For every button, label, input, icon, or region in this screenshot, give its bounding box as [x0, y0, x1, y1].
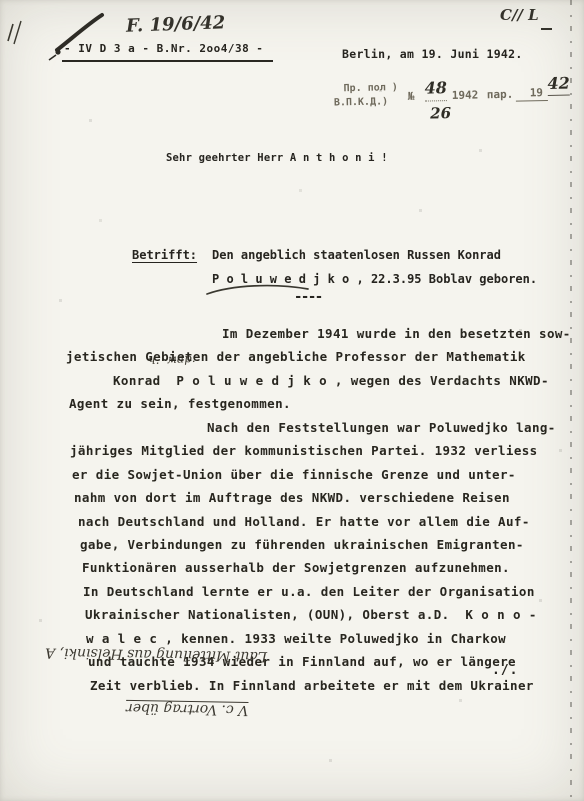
typewritten-line: Konrad P o l u w e d j k o , wegen des V…: [113, 369, 564, 392]
subject-label: Betrifft:: [132, 248, 197, 262]
archive-registry-stamp: Пр. пол ) В.П.К.Д.) № 48 1942 пар. 19 42…: [329, 75, 574, 136]
typewritten-line: Im Dezember 1941 wurde in den besetzten …: [222, 322, 564, 345]
stamp-number-year: 1942: [452, 88, 479, 102]
rotated-note-line: V c. Vortrag über: [126, 694, 249, 723]
typewritten-line: gabe, Verbindungen zu führenden ukrainis…: [80, 533, 564, 556]
subject-end-dashes: ----: [294, 289, 322, 305]
typewritten-line: nach Deutschland und Holland. Er hatte v…: [78, 510, 564, 533]
scanned-letter-page: C// L F. 19/6/42 - IV D 3 a - B.Nr. 2oo4…: [0, 0, 584, 801]
file-reference-number: - IV D 3 a - B.Nr. 2oo4/38 -: [62, 42, 273, 62]
stamp-year-handwritten: 42: [547, 74, 570, 96]
corner-note-underline: [541, 28, 552, 30]
place-date-line: Berlin, am 19. Juni 1942.: [342, 47, 523, 61]
paper-speckle: [0, 0, 1, 1]
subject-line-1: Den angeblich staatenlosen Russen Konrad: [212, 248, 501, 262]
rotated-note-line: Laut Mitteilung aus Helsinki, A: [5, 638, 267, 670]
typewritten-line: nahm von dort im Auftrage des NKWD. vers…: [74, 486, 564, 509]
stamp-text-line2: В.П.К.Д.): [334, 96, 388, 108]
rotated-handwritten-note: V c. Vortrag über Laut Mitteilung aus He…: [3, 686, 266, 751]
stamp-blank-line: [516, 100, 548, 102]
typewritten-line: jähriges Mitglied der kommunistischen Pa…: [70, 439, 564, 462]
handwritten-received-date: F. 19/6/42: [126, 12, 226, 36]
stamp-middle-word: пар.: [487, 88, 514, 102]
continuation-mark: ./.: [492, 663, 518, 678]
typewritten-line: er die Sowjet-Union über die finnische G…: [72, 463, 564, 486]
typewritten-line: Nach den Feststellungen war Poluwedjko l…: [207, 416, 564, 439]
corner-note: C// L: [500, 6, 539, 24]
typewritten-line: Funktionären ausserhalb der Sowjetgrenze…: [82, 556, 564, 579]
stamp-below-number: 26: [430, 104, 451, 122]
stamp-number-handwritten: 48: [424, 78, 447, 101]
salutation-line: Sehr geehrter Herr A n t h o n i !: [166, 152, 388, 164]
typewritten-line: Agent zu sein, festgenommen.: [69, 392, 564, 415]
stamp-text-line1: Пр. пол ): [344, 82, 398, 94]
stamp-number-label: №: [408, 90, 415, 103]
typewritten-line: jetischen Gebieten der angebliche Profes…: [66, 345, 564, 368]
stamp-year-prefix: 19: [530, 86, 544, 99]
